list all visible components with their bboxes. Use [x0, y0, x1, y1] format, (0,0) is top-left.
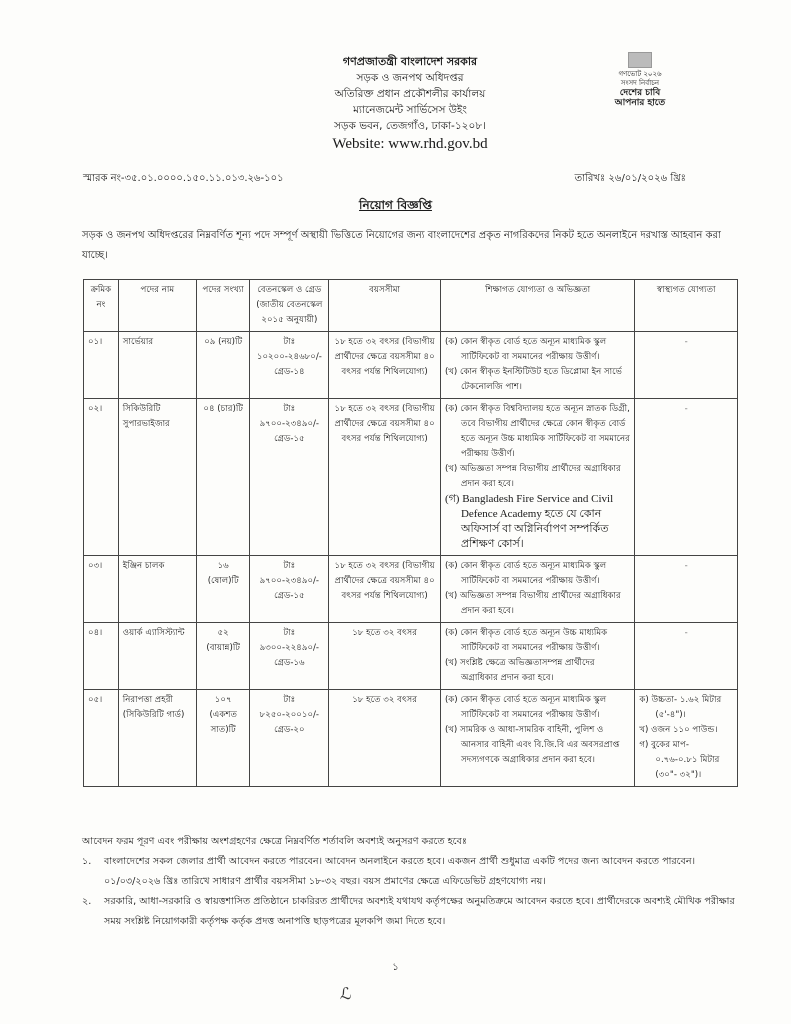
logo-slogan1: দেশের চাবি	[600, 88, 680, 98]
logo-slogan2: আপনার হাতে	[600, 98, 680, 108]
cell-age-limit: ১৮ হতে ৩২ বৎসর (বিভাগীয় প্রার্থীদের ক্ষ…	[329, 332, 441, 399]
page-number: ১	[0, 960, 791, 977]
table-row: ০৫।নিরাপত্তা প্রহরী (সিকিউরিটি গার্ড)১০৭…	[84, 690, 738, 787]
cell-post-count: ৫২ (বায়ান্ন)টি	[196, 623, 250, 690]
election-logo: গণভোট ২০২৬ সংসদ নির্বাচন দেশের চাবি আপনা…	[600, 52, 680, 108]
cell-pay-scale: টাঃ ৮২৫০-২০০১০/- গ্রেড-২০	[250, 690, 329, 787]
header-health: স্বাস্থ্যগত যোগ্যতা	[635, 280, 738, 332]
memo-number: স্মারক নং-৩৫.০১.০০০০.১৫০.১১.০১৩.২৬-১০১	[83, 171, 284, 188]
qualification-item: (ক) কোন স্বীকৃত বোর্ড হতে অন্যূন মাধ্যমি…	[445, 335, 630, 365]
cell-serial: ০৫।	[84, 690, 119, 787]
department-name: সড়ক ও জনপথ অধিদপ্তর	[260, 70, 560, 86]
cell-qualification: (ক) কোন স্বীকৃত বোর্ড হতে অন্যূন মাধ্যমি…	[440, 556, 634, 623]
wing-name: ম্যানেজমেন্ট সার্ভিসেস উইং	[260, 102, 560, 118]
vacancy-table-body: ০১।সার্ভেয়ার০৯ (নয়)টিটাঃ ১০২০০-২৪৬৮০/-…	[84, 332, 738, 787]
cell-post-name: সিকিউরিটি সুপারভাইজার	[118, 399, 196, 556]
cell-age-limit: ১৮ হতে ৩২ বৎসর	[329, 690, 441, 787]
qualification-item: (খ) সামরিক ও আধা-সামরিক বাহিনী, পুলিশ ও …	[445, 723, 630, 768]
cell-serial: ০৪।	[84, 623, 119, 690]
cell-qualification: (ক) কোন স্বীকৃত বোর্ড হতে অন্যূন উচ্চ মা…	[440, 623, 634, 690]
cell-serial: ০২।	[84, 399, 119, 556]
health-item: -	[639, 402, 733, 417]
qualification-item: (খ) সংশ্লিষ্ট ক্ষেত্রে অভিজ্ঞতাসম্পন্ন প…	[445, 656, 630, 686]
table-row: ০১।সার্ভেয়ার০৯ (নয়)টিটাঃ ১০২০০-২৪৬৮০/-…	[84, 332, 738, 399]
cell-age-limit: ১৮ হতে ৩২ বৎসর (বিভাগীয় প্রার্থীদের ক্ষ…	[329, 399, 441, 556]
cell-post-name: ইঞ্জিন চালক	[118, 556, 196, 623]
qualification-item: (খ) কোন স্বীকৃত ইনস্টিটিউট হতে ডিপ্লোমা …	[445, 365, 630, 395]
header-serial: ক্রমিক নং	[84, 280, 119, 332]
health-item: গ) বুকের মাপ- ০.৭৬-০.৮১ মিটার (৩০"- ৩২")…	[639, 738, 733, 783]
cell-post-count: ০৪ (চার)টি	[196, 399, 250, 556]
header-age-limit: বয়সসীমা	[329, 280, 441, 332]
cell-post-name: নিরাপত্তা প্রহরী (সিকিউরিটি গার্ড)	[118, 690, 196, 787]
qualification-item: (ক) কোন স্বীকৃত বোর্ড হতে অন্যূন উচ্চ মা…	[445, 626, 630, 656]
cell-pay-scale: টাঃ ৯৩০০-২২৪৯০/- গ্রেড-১৬	[250, 623, 329, 690]
condition-item: ২. সরকারি, আধা-সরকারি ও স্বায়ত্তশাসিত প…	[82, 892, 742, 932]
condition-number: ২.	[82, 892, 104, 932]
qualification-item: (খ) অভিজ্ঞতা সম্পন্ন বিভাগীয় প্রার্থীদে…	[445, 462, 630, 492]
header-pay-scale: বেতনস্কেল ও গ্রেড (জাতীয় বেতনস্কেল ২০১৫…	[250, 280, 329, 332]
cell-pay-scale: টাঃ ৯৭০০-২৩৪৯০/- গ্রেড-১৫	[250, 556, 329, 623]
logo-line1: গণভোট ২০২৬	[600, 70, 680, 79]
cell-health: ক) উচ্চতা- ১.৬২ মিটার (৫'-৪")।খ) ওজন ১১০…	[635, 690, 738, 787]
website-link[interactable]: Website: www.rhd.gov.bd	[260, 134, 560, 154]
cell-post-count: ০৯ (নয়)টি	[196, 332, 250, 399]
office-address: সড়ক ভবন, তেজগাঁও, ঢাকা-১২০৮।	[260, 118, 560, 134]
cell-qualification: (ক) কোন স্বীকৃত বোর্ড হতে অন্যূন মাধ্যমি…	[440, 690, 634, 787]
table-row: ০২।সিকিউরিটি সুপারভাইজার০৪ (চার)টিটাঃ ৯৭…	[84, 399, 738, 556]
cell-age-limit: ১৮ হতে ৩২ বৎসর	[329, 623, 441, 690]
cell-health: -	[635, 623, 738, 690]
logo-line2: সংসদ নির্বাচন	[600, 79, 680, 88]
intro-paragraph: সড়ক ও জনপথ অধিদপ্তরের নিম্নবর্ণিত শূন্য…	[82, 226, 722, 266]
cell-age-limit: ১৮ হতে ৩২ বৎসর (বিভাগীয় প্রার্থীদের ক্ষ…	[329, 556, 441, 623]
qualification-item: (ক) কোন স্বীকৃত বোর্ড হতে অন্যূন মাধ্যমি…	[445, 693, 630, 723]
signature-mark-icon: ℒ	[340, 984, 352, 1003]
cell-serial: ০৩।	[84, 556, 119, 623]
application-conditions: আবেদন ফরম পূরণ এবং পরীক্ষায় অংশগ্রহণের …	[82, 832, 742, 932]
cell-post-name: ওয়ার্ক এ্যাসিস্ট্যান্ট	[118, 623, 196, 690]
qualification-item: (ক) কোন স্বীকৃত বিশ্ববিদ্যালয় হতে অন্যূ…	[445, 402, 630, 462]
cell-health: -	[635, 556, 738, 623]
letterhead: গণপ্রজাতন্ত্রী বাংলাদেশ সরকার সড়ক ও জনপ…	[260, 54, 560, 154]
health-item: -	[639, 626, 733, 641]
header-post-name: পদের নাম	[118, 280, 196, 332]
cell-post-name: সার্ভেয়ার	[118, 332, 196, 399]
health-item: খ) ওজন ১১০ পাউন্ড।	[639, 723, 733, 738]
table-header-row: ক্রমিক নং পদের নাম পদের সংখ্যা বেতনস্কেল…	[84, 280, 738, 332]
cell-pay-scale: টাঃ ৯৭০০-২৩৪৯০/- গ্রেড-১৫	[250, 399, 329, 556]
notice-date: তারিখঃ ২৬/০১/২০২৬ খ্রিঃ	[575, 171, 686, 188]
cell-post-count: ১০৭ (একশত সাত)টি	[196, 690, 250, 787]
cell-pay-scale: টাঃ ১০২০০-২৪৬৮০/- গ্রেড-১৪	[250, 332, 329, 399]
header-post-count: পদের সংখ্যা	[196, 280, 250, 332]
cell-health: -	[635, 399, 738, 556]
qualification-item: (খ) অভিজ্ঞতা সম্পন্ন বিভাগীয় প্রার্থীদে…	[445, 589, 630, 619]
health-item: -	[639, 335, 733, 350]
header-qualification: শিক্ষাগত যোগ্যতা ও অভিজ্ঞতা	[440, 280, 634, 332]
cell-serial: ০১।	[84, 332, 119, 399]
condition-number: ১.	[82, 852, 104, 892]
cell-qualification: (ক) কোন স্বীকৃত বিশ্ববিদ্যালয় হতে অন্যূ…	[440, 399, 634, 556]
cell-qualification: (ক) কোন স্বীকৃত বোর্ড হতে অন্যূন মাধ্যমি…	[440, 332, 634, 399]
page-title: নিয়োগ বিজ্ঞপ্তি	[0, 197, 791, 217]
table-row: ০৪।ওয়ার্ক এ্যাসিস্ট্যান্ট৫২ (বায়ান্ন)ট…	[84, 623, 738, 690]
qualification-item: (গ) Bangladesh Fire Service and Civil De…	[445, 492, 630, 552]
election-emblem-icon	[628, 52, 652, 68]
cell-post-count: ১৬ (ষোল)টি	[196, 556, 250, 623]
health-item: ক) উচ্চতা- ১.৬২ মিটার (৫'-৪")।	[639, 693, 733, 723]
vacancy-table: ক্রমিক নং পদের নাম পদের সংখ্যা বেতনস্কেল…	[83, 279, 738, 787]
condition-text: বাংলাদেশের সকল জেলার প্রার্থী আবেদন করতে…	[104, 852, 742, 892]
health-item: -	[639, 559, 733, 574]
qualification-item: (ক) কোন স্বীকৃত বোর্ড হতে অন্যূন মাধ্যমি…	[445, 559, 630, 589]
office-name: অতিরিক্ত প্রধান প্রকৌশলীর কার্যালয়	[260, 86, 560, 102]
condition-text: সরকারি, আধা-সরকারি ও স্বায়ত্তশাসিত প্রত…	[104, 892, 742, 932]
table-row: ০৩।ইঞ্জিন চালক১৬ (ষোল)টিটাঃ ৯৭০০-২৩৪৯০/-…	[84, 556, 738, 623]
condition-item: ১. বাংলাদেশের সকল জেলার প্রার্থী আবেদন ক…	[82, 852, 742, 892]
cell-health: -	[635, 332, 738, 399]
government-name: গণপ্রজাতন্ত্রী বাংলাদেশ সরকার	[260, 54, 560, 70]
conditions-heading: আবেদন ফরম পূরণ এবং পরীক্ষায় অংশগ্রহণের …	[82, 832, 742, 852]
recruitment-notice-page: গণপ্রজাতন্ত্রী বাংলাদেশ সরকার সড়ক ও জনপ…	[0, 0, 791, 1024]
